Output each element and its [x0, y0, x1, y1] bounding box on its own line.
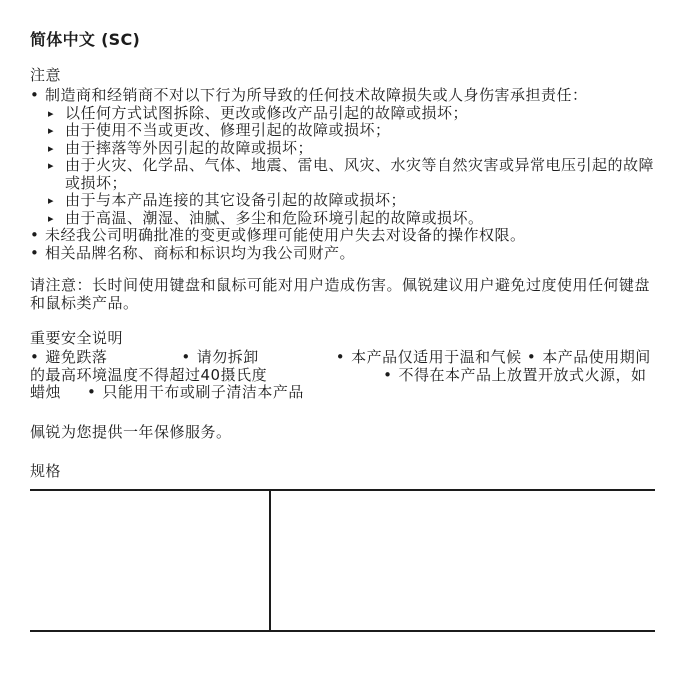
safety-item: •只能用干布或刷子清洁本产品 [87, 383, 304, 401]
list-subitem: ▸ 由于高温、潮湿、油腻、多尘和危险环境引起的故障或损坏。 [48, 210, 655, 228]
notice-heading: 注意 [30, 66, 655, 84]
triangle-bullet-marker: ▸ [48, 157, 65, 192]
bullet-marker: • [87, 383, 96, 401]
list-subitem-text: 由于火灾、化学品、气体、地震、雷电、风灾、水灾等自然灾害或异常电压引起的故障或损… [65, 157, 655, 192]
list-subitem-text: 由于与本产品连接的其它设备引起的故障或损坏； [65, 192, 655, 210]
bullet-marker: • [30, 245, 45, 263]
list-item: • 未经我公司明确批准的变更或修理可能使用户失去对设备的操作权限。 [30, 227, 655, 245]
bullet-marker: • [181, 348, 190, 366]
specifications-heading: 规格 [30, 462, 655, 480]
bullet-marker: • [30, 87, 45, 105]
safety-item: •请勿拆卸 [181, 348, 258, 366]
spec-table [30, 489, 655, 632]
list-item-text: 未经我公司明确批准的变更或修理可能使用户失去对设备的操作权限。 [45, 227, 655, 245]
bullet-marker: • [30, 227, 45, 245]
list-item: • 相关品牌名称、商标和标识均为我公司财产。 [30, 245, 655, 263]
caution-paragraph: 请注意：长时间使用键盘和鼠标可能对用户造成伤害。佩锐建议用户避免过度使用任何键盘… [30, 277, 655, 312]
list-subitem: ▸ 由于摔落等外因引起的故障或损坏； [48, 140, 655, 158]
triangle-bullet-marker: ▸ [48, 105, 65, 123]
bullet-marker: • [527, 348, 536, 366]
page-title: 简体中文 (SC) [30, 30, 655, 50]
notice-list: • 制造商和经销商不对以下行为所导致的任何技术故障损失或人身伤害承担责任： ▸ … [30, 87, 655, 262]
triangle-bullet-marker: ▸ [48, 210, 65, 228]
list-subitem: ▸ 以任何方式试图拆除、更改或修改产品引起的故障或损坏； [48, 105, 655, 123]
safety-item-text: 本产品仅适用于温和气候 [351, 348, 522, 366]
bullet-marker: • [383, 366, 392, 384]
triangle-bullet-marker: ▸ [48, 122, 65, 140]
list-subitem: ▸ 由于使用不当或更改、修理引起的故障或损坏； [48, 122, 655, 140]
list-subitem-text: 由于使用不当或更改、修理引起的故障或损坏； [65, 122, 655, 140]
safety-item: •本产品仅适用于温和气候 [336, 348, 522, 366]
safety-item-text: 请勿拆卸 [197, 348, 259, 366]
list-subitem-text: 由于摔落等外因引起的故障或损坏； [65, 140, 655, 158]
triangle-bullet-marker: ▸ [48, 192, 65, 210]
list-subitem-text: 由于高温、潮湿、油腻、多尘和危险环境引起的故障或损坏。 [65, 210, 655, 228]
bullet-marker: • [336, 348, 345, 366]
safety-item-text: 避免跌落 [45, 348, 107, 366]
safety-item: •避免跌落 [30, 348, 107, 366]
safety-heading: 重要安全说明 [30, 329, 655, 347]
manual-page: 简体中文 (SC) 注意 • 制造商和经销商不对以下行为所导致的任何技术故障损失… [0, 0, 680, 680]
bullet-marker: • [30, 348, 39, 366]
triangle-bullet-marker: ▸ [48, 140, 65, 158]
warranty-statement: 佩锐为您提供一年保修服务。 [30, 424, 655, 442]
safety-item-list: •避免跌落•请勿拆卸•本产品仅适用于温和气候 •本产品使用期间的最高环境温度不得… [30, 349, 655, 402]
list-subitem: ▸ 由于火灾、化学品、气体、地震、雷电、风灾、水灾等自然灾害或异常电压引起的故障… [48, 157, 655, 192]
list-subitem: ▸ 由于与本产品连接的其它设备引起的故障或损坏； [48, 192, 655, 210]
list-item-text: 相关品牌名称、商标和标识均为我公司财产。 [45, 245, 655, 263]
list-item-text: 制造商和经销商不对以下行为所导致的任何技术故障损失或人身伤害承担责任： [45, 87, 655, 105]
safety-item-text: 只能用干布或刷子清洁本产品 [102, 383, 304, 401]
spec-table-right-column [271, 491, 655, 630]
spec-table-left-column [30, 491, 271, 630]
list-subitem-text: 以任何方式试图拆除、更改或修改产品引起的故障或损坏； [65, 105, 655, 123]
list-item: • 制造商和经销商不对以下行为所导致的任何技术故障损失或人身伤害承担责任： [30, 87, 655, 105]
